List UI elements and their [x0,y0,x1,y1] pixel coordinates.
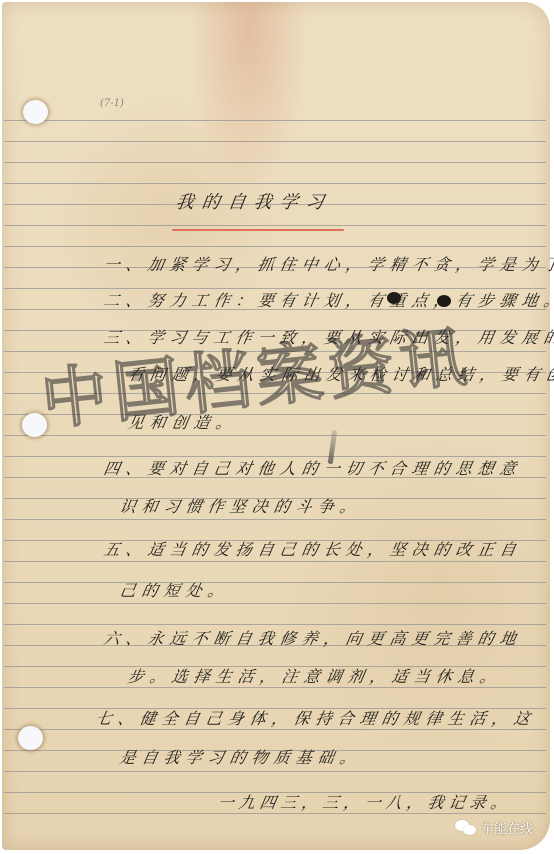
item-6-line-1: 六、永远不断自我修养，向更高更完善的地 [102,626,524,649]
binder-hole-bottom [18,726,43,750]
item-6-line-2: 步。选择生活，注意调剂，适当休息。 [126,664,504,687]
binder-hole-top [23,100,48,124]
ruled-line [4,162,546,163]
ruled-line [4,141,546,142]
source-badge: 车能在线 [455,818,533,837]
source-label: 车能在线 [481,818,533,837]
item-1-line-1: 一、加紧学习，抓住中心，学精不贪，学是为了。 [102,252,554,275]
ruled-line [4,624,546,625]
wechat-icon [455,820,477,836]
ruled-line [4,183,546,184]
title-underline [172,229,344,231]
item-2-line-1: 二、努力工作：要有计划，有重点，有步骤地。 [102,288,554,311]
document-title: 我的自我学习 [174,188,334,214]
page-number: (7-1) [100,98,124,109]
ruled-line [4,687,546,688]
ruled-line [4,729,546,730]
ruled-line [4,771,546,772]
ruled-line [4,120,546,121]
ruled-line [4,603,546,604]
ruled-line [4,519,546,520]
item-5-line-1: 五、适当的发扬自己的长处，坚决的改正自 [102,537,524,560]
item-7-line-2: 是自我学习的物质基础。 [118,745,364,768]
ruled-line [4,582,546,583]
item-7-line-1: 七、健全自己身体，保持合理的规律生活，这 [94,706,538,729]
date-signature: 一九四三，三，一八，我记录。 [216,790,514,813]
ruled-line [4,246,546,247]
ink-blot [387,292,401,304]
ruled-line [4,561,546,562]
item-4-line-2: 识和习惯作坚决的斗争。 [118,494,364,517]
item-5-line-2: 己的短处。 [118,578,232,601]
item-4-line-1: 四、要对自己对他人的一切不合理的思想意 [102,456,524,479]
ruled-line [4,225,546,226]
ruled-line [4,813,546,814]
